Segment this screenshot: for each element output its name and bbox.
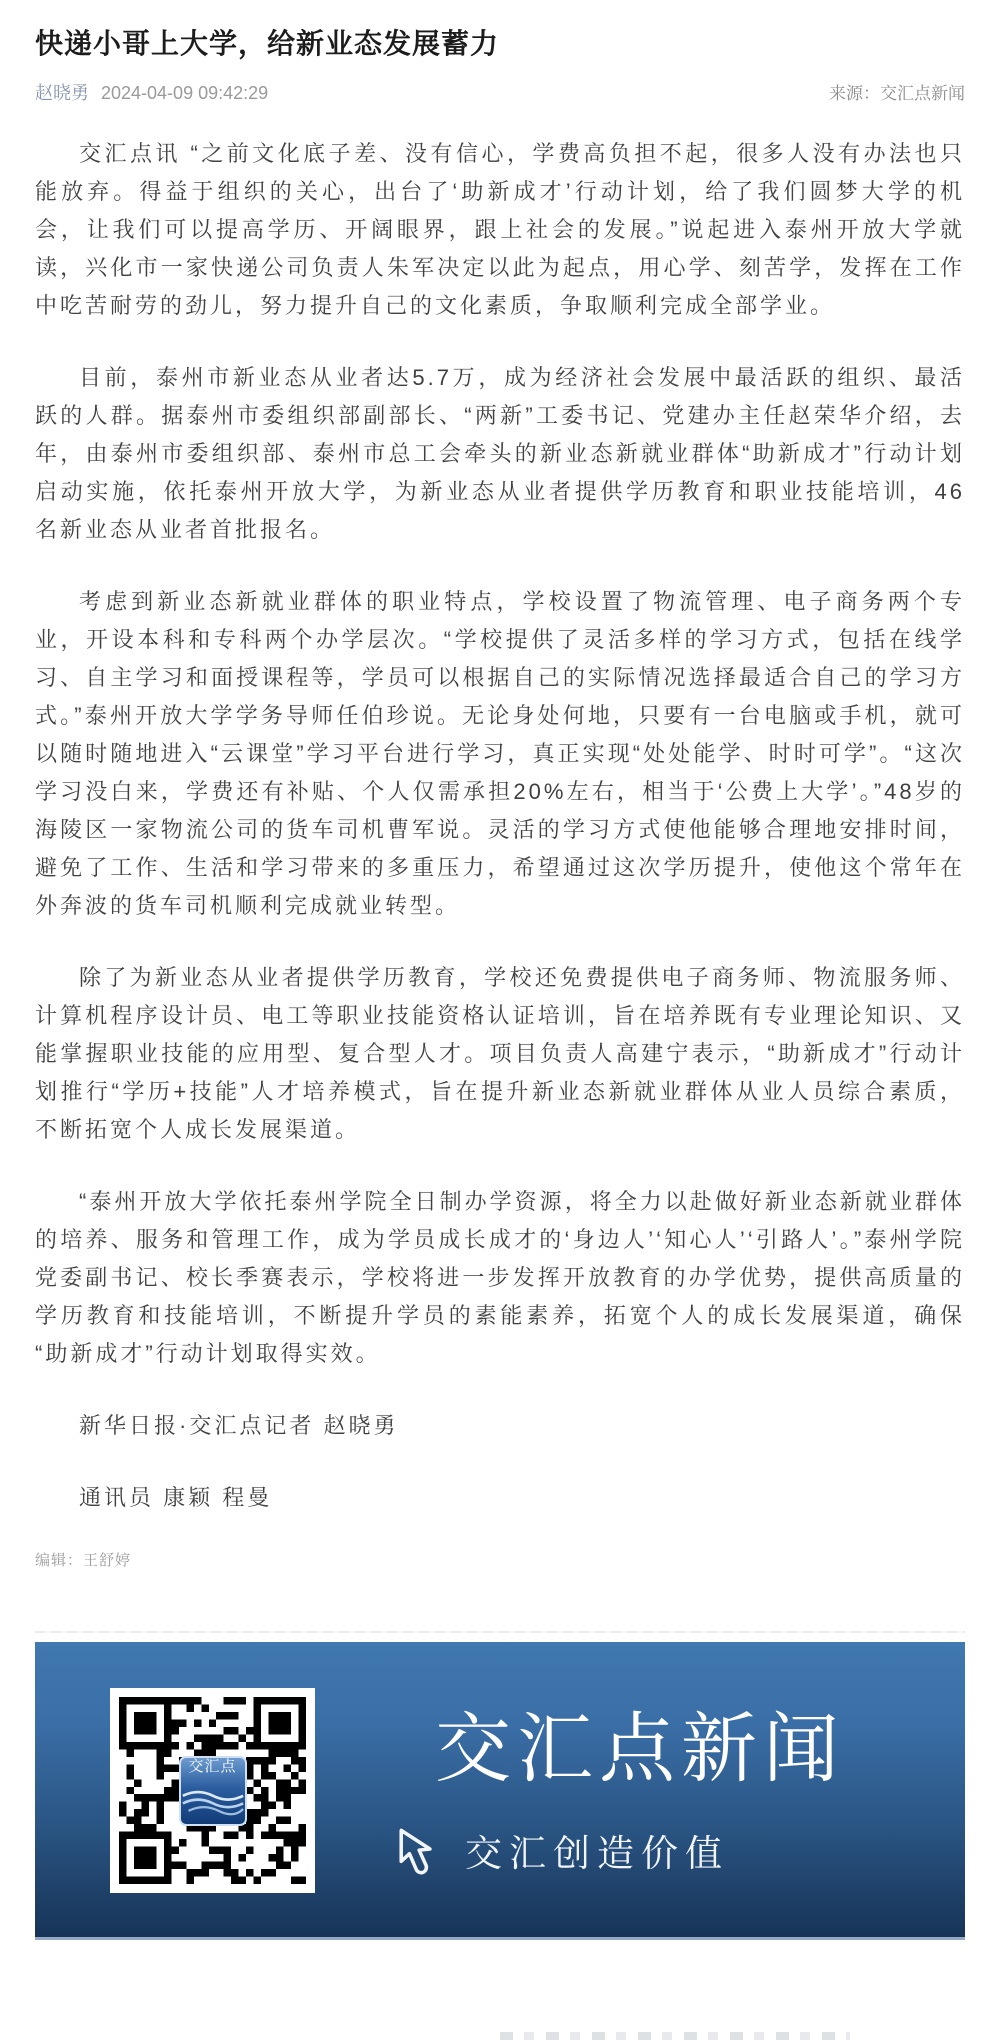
paragraph: 除了为新业态从业者提供学历教育，学校还免费提供电子商务师、物流服务师、计算机程序…	[35, 959, 965, 1149]
wave-icon	[181, 1779, 245, 1824]
separator-line	[35, 1631, 965, 1633]
correspondent-byline: 通讯员 康颖 程曼	[35, 1479, 965, 1517]
reporter-byline: 新华日报·交汇点记者 赵晓勇	[35, 1407, 965, 1445]
paragraph: 交汇点讯 “之前文化底子差、没有信心，学费高负担不起，很多人没有办法也只能放弃。…	[35, 135, 965, 325]
paragraph: “泰州开放大学依托泰州学院全日制办学资源，将全力以赴做好新业态新就业群体的培养、…	[35, 1183, 965, 1373]
banner-brand-text: 交汇点新闻	[435, 1706, 845, 1794]
cursor-arrow-icon	[387, 1826, 439, 1882]
qr-logo-text: 交汇点	[188, 1758, 236, 1776]
qr-code: 交汇点	[110, 1688, 315, 1893]
article-page: 快递小哥上大学，给新业态发展蓄力 赵晓勇 2024-04-09 09:42:29…	[0, 0, 1000, 1940]
author-link[interactable]: 赵晓勇	[35, 82, 89, 104]
publish-datetime: 2024-04-09 09:42:29	[101, 82, 268, 104]
article-meta: 赵晓勇 2024-04-09 09:42:29 来源：交汇点新闻	[35, 82, 965, 105]
article-body: 交汇点讯 “之前文化底子差、没有信心，学费高负担不起，很多人没有办法也只能放弃。…	[35, 135, 965, 1517]
paragraph: 考虑到新业态新就业群体的职业特点，学校设置了物流管理、电子商务两个专业，开设本科…	[35, 583, 965, 925]
page-title: 快递小哥上大学，给新业态发展蓄力	[35, 26, 965, 62]
promo-banner[interactable]: 交汇点 交汇点新闻 交汇创造价值	[35, 1642, 965, 1940]
banner-slogan-text: 交汇创造价值	[465, 1832, 729, 1876]
source-label: 来源：交汇点新闻	[829, 83, 965, 105]
editor-label: 编辑：王舒婷	[35, 1551, 965, 1571]
qr-center-logo: 交汇点	[179, 1756, 247, 1826]
cutoff-text-strip	[500, 2032, 850, 2040]
banner-text-block: 交汇点新闻 交汇创造价值	[345, 1642, 935, 1937]
banner-slogan-row: 交汇创造价值	[387, 1826, 729, 1882]
paragraph: 目前，泰州市新业态从业者达5.7万，成为经济社会发展中最活跃的组织、最活跃的人群…	[35, 359, 965, 549]
